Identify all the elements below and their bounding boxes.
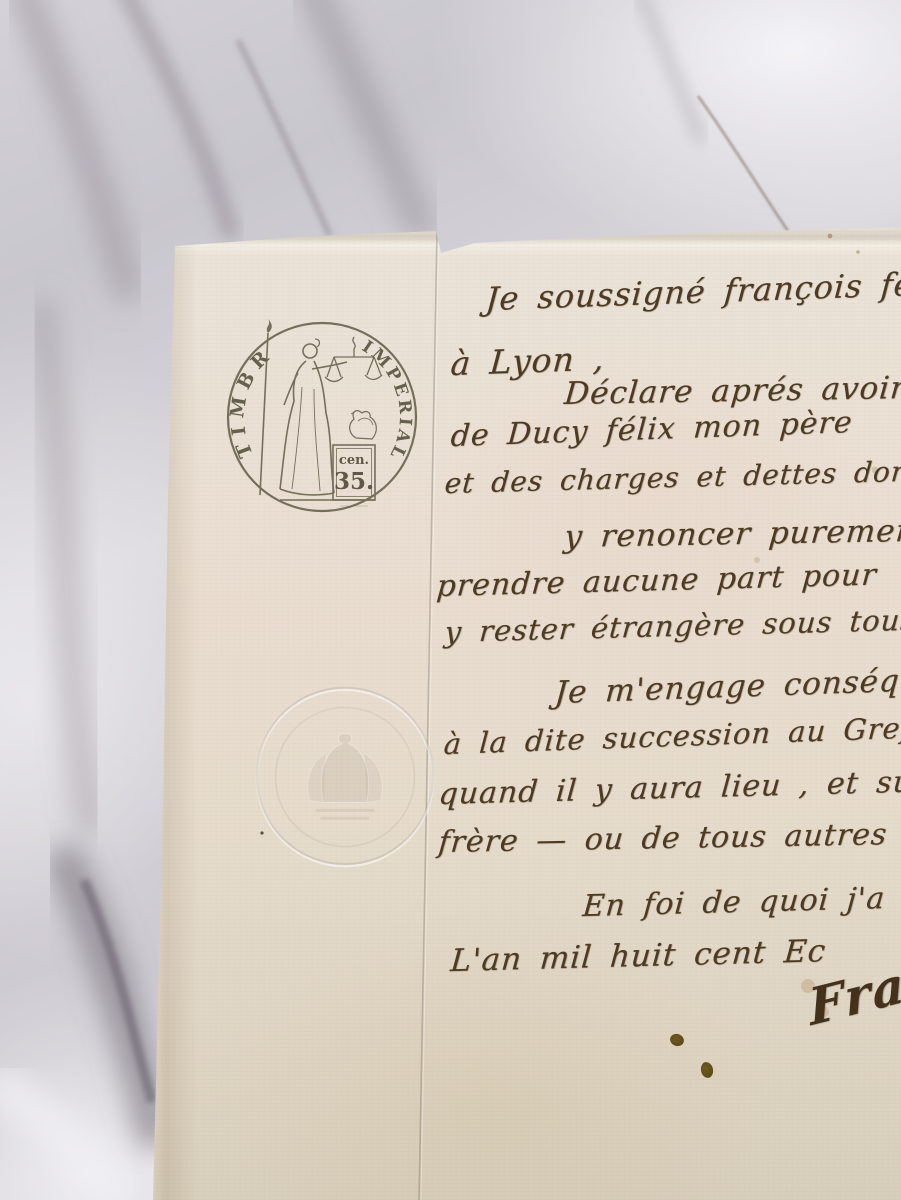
staff-icon (260, 333, 268, 495)
manuscript-line: frère — ou de tous autres (437, 817, 889, 860)
manuscript-line: à Lyon , (449, 339, 606, 384)
manuscript-line: de Ducy félix mon père (450, 405, 854, 454)
justice-figure-icon (280, 339, 347, 495)
manuscript-line: prendre aucune part pour (435, 557, 878, 604)
scales-icon (325, 337, 382, 382)
manuscript-line: y rester étrangère sous tous (443, 603, 901, 649)
embossed-seal (247, 679, 443, 875)
eagle-emboss-icon (308, 734, 382, 818)
manuscript-line: En foi de quoi j'a (581, 881, 886, 924)
manuscript-line: Je soussigné françois félix (484, 264, 901, 319)
timbre-imperial-stamp: TIMBRE IMPERIAL. cen. 35. (222, 317, 422, 517)
manuscript-line: L'an mil huit cent Ec (449, 933, 827, 979)
manuscript-line: y renoncer purement (563, 513, 901, 555)
stamp-denomination-unit: cen. (339, 453, 369, 468)
manuscript-line: Je m'engage conséqu (553, 662, 901, 711)
manuscript-line: à la dite succession au Greff (443, 710, 901, 761)
photo-of-document: TIMBRE IMPERIAL. cen. 35. Je soussigné f… (0, 0, 901, 1200)
manuscript-line: et des charges et dettes dont a (443, 454, 901, 500)
stamp-denomination-value: 35. (334, 468, 374, 495)
manuscript-line: quand il y aura lieu , et sur (437, 764, 901, 812)
eagle-icon (350, 411, 377, 439)
ink-dot (699, 1061, 714, 1079)
signature: Fran (806, 945, 901, 1038)
paper-speck (828, 234, 833, 239)
svg-text:TIMBRE: TIMBRE (222, 317, 278, 461)
stamp-arc-left-text: TIMBRE (222, 317, 278, 461)
svg-text:IMPERIAL.: IMPERIAL. (222, 317, 415, 464)
manuscript-line: Déclare aprés avoir (563, 370, 901, 412)
stamp-arc-right-text: IMPERIAL. (222, 317, 415, 464)
ink-dot (668, 1032, 685, 1048)
